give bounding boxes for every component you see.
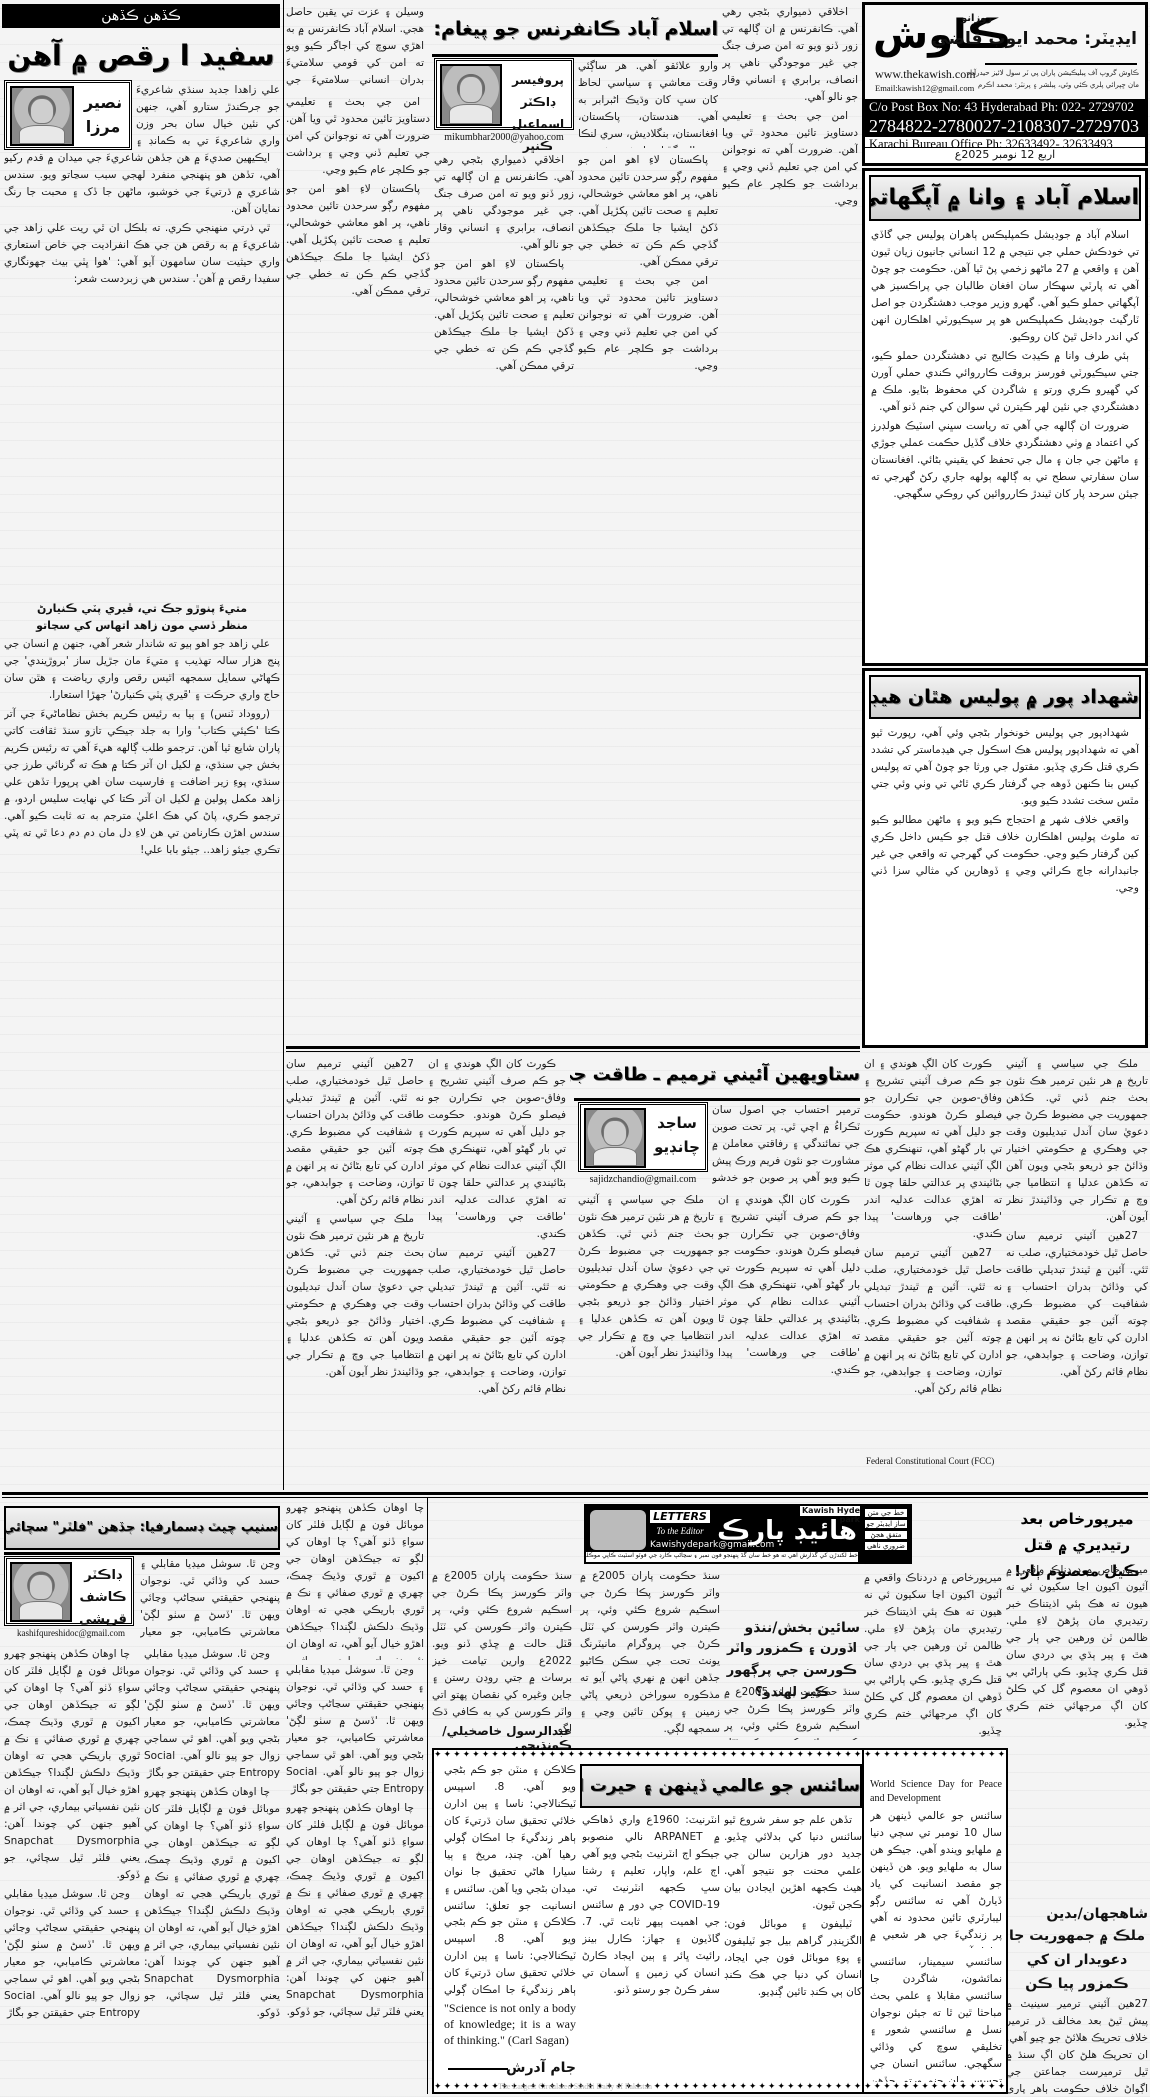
author-card: ڊاڪٽر ڪاشف قريشي	[4, 1556, 134, 1626]
paragraph: ٻئي طرف وانا ۾ ڪيڊٽ ڪاليج تي دهشتگردن حم…	[871, 348, 1139, 416]
editorial-body: اسلام آباد ۾ جوڊيشل ڪمپليڪس ٻاهران پوليس…	[871, 227, 1139, 659]
paragraph: ملڪ جي سياسي ۽ آئيني تاريخ ۾ هر نئين ترم…	[1006, 1056, 1148, 1226]
poem-line: منظر ڏسي مون زاهد اتهاس کي سڃاتو	[4, 617, 280, 634]
side-label: خط جي متن	[864, 1508, 908, 1518]
paragraph: ملڪ جي سياسي ۽ آئيني تاريخ ۾ هر نئين ترم…	[286, 1211, 424, 1381]
paragraph: وڃن ٿا. سوشل ميڊيا مقابلي ۽ حسد کي وڌائي…	[286, 1662, 424, 1798]
paragraph: پاڪستان لاءِ اهو امن جو مفهوم رڳو سرحدن …	[578, 152, 718, 271]
column-divider	[427, 1498, 428, 2094]
side-label: ضروري ناهي	[864, 1541, 908, 1551]
science-intro-box: ✦✦✦✦✦✦✦✦✦✦✦✦✦✦✦✦✦ ✦✦✦✦✦✦✦✦✦✦✦✦✦✦✦✦✦ Worl…	[862, 1748, 1008, 2094]
science-headline: سائنس جو عالمي ڏينهن ۽ حيرت انگيز ايجادو…	[580, 1764, 862, 1808]
masthead: ڪاوش روزانو ايڊيٽر: محمد ايوب قاضي www.t…	[862, 2, 1148, 166]
section-divider	[2, 1492, 1148, 1498]
paragraph: 27هين آئيني ترميم سان حاصل ٿيل خودمختيار…	[1006, 1228, 1148, 1381]
byline-rule	[448, 2068, 508, 2070]
paragraph: اخلاقي ذميواري بڻجي رهي آهي. ڪانفرنس ۾ ا…	[722, 4, 858, 106]
section-divider	[286, 1046, 860, 1052]
paragraph: ايڪيهين صديءَ ۾ هن جڏهن شاعريءَ جي ميدان…	[4, 150, 280, 218]
amendment-body-1: 27هين آئيني ترميم سان حاصل ٿيل خودمختيار…	[286, 1056, 424, 1488]
letters-label: LETTERS	[650, 1510, 710, 1523]
conference-body-middle: اخلاقي ذميواري بڻجي رهي آهي. ڪانفرنس ۾ ا…	[434, 152, 574, 1044]
legal-term: Federal Constitutional Court (FCC)	[866, 1456, 1002, 1466]
filter-headline: سنيپ چيٽ ڊسمارفيا: جڏهن "فلٽر" سچائيءَ ک…	[4, 1506, 280, 1550]
author-card: نصير مرزا	[4, 80, 132, 150]
phones-bar: 2784822-2780027-2108307-2729703	[865, 116, 1145, 136]
letters-notice: خط لکندڙن کي گذارش آهي ته هو خط سان گڏ پ…	[586, 1552, 858, 1562]
science-closing: سائنسي سيمينار، سائنسي نمائشون، شاگردن ج…	[870, 1954, 1002, 2082]
author-photo	[584, 1108, 646, 1168]
author-email[interactable]: mikumbhar2000@yahoo.com	[434, 132, 574, 143]
letter-body: ميرپورخاص ۾ دردناڪ واقعي ۾ آئيون اکيون ا…	[1006, 1562, 1148, 1902]
editor-name: ايڊيٽر: محمد ايوب قاضي	[931, 29, 1137, 49]
paragraph: وڃن ٿا. سوشل ميڊيا مقابلي ۽ حسد کي وڌائي…	[4, 1886, 140, 2022]
column-body-cont: علي زاهد جو اهو ٻيو ته شاندار شعر آهي، ج…	[4, 636, 280, 1491]
filter-body-2: وڃن ٿا. سوشل ميڊيا مقابلي ۽ حسد کي وڌائي…	[144, 1646, 280, 2094]
paragraph: اسلام آباد ۾ جوڊيشل ڪمپليڪس ٻاهران پوليس…	[871, 227, 1139, 346]
paragraph: ٿي ذرتي منهنجي ڪري. ته بلڪل ان ٿي ريت عل…	[4, 220, 280, 288]
science-body: ڪلاڪن ۽ منٽن جو ڪم بڻجي ويو آهي. 8. اسپي…	[444, 1762, 576, 1912]
amendment-body-5: ملڪ جي سياسي ۽ آئيني تاريخ ۾ هر نئين ترم…	[1006, 1056, 1148, 1488]
paragraph: ضرورت ان ڳالهه جي آهي ته رياست سڀني اسٽي…	[871, 418, 1139, 503]
paragraph: امن جي بحث ۽ تعليمي دستاويز تائين محدود …	[722, 108, 858, 210]
mailbox-icon	[590, 1510, 646, 1550]
paragraph: چا اوهان ڪڏهن پنهنجو چهرو موبائل فون ۾ ل…	[144, 1784, 280, 2022]
author-card: پروفيسر ڊاڪٽر اسماعيل ڪنڀر	[434, 58, 574, 130]
author-photo	[10, 1562, 72, 1622]
filter-lead: چا اوهان ڪڏهن پنهنجو چهرو موبائل فون ۾ ل…	[286, 1500, 424, 1660]
conference-headline: اسلام آباد ڪانفرنس جو پيغام: امن، سلامتي…	[428, 8, 718, 50]
amendment-body-3: ملڪ جي سياسي ۽ آئيني تاريخ ۾ هر نئين ترم…	[578, 1192, 714, 1488]
author-card: ساجد چانڊيو	[578, 1102, 708, 1172]
side-label: ساز ايڊيٽر جو	[864, 1519, 908, 1529]
amendment-body-2: ڪورٽ کان الڳ هوندي ۽ ان جو ڪم صرف آئيني …	[428, 1056, 566, 1488]
letter-body: سنڌ حڪومت پاران 2005ع ۾ واٽر ڪورسز پڪا ڪ…	[580, 1568, 720, 1634]
column-kicker: ڪڏهن ڪڏهن	[2, 4, 280, 28]
amendment-lead: ترمير احتساب جي اصول سان ٽڪراءُ ۾ اچي ٿي…	[712, 1102, 860, 1188]
paragraph: پاڪستان لاءِ اهو امن جو مفهوم رڳو سرحدن …	[286, 181, 430, 300]
paragraph: وڃن ٿا. سوشل ميڊيا مقابلي ۽ حسد کي وڌائي…	[144, 1646, 280, 1782]
amendment-body-4: ڪورٽ کان الڳ هوندي ۽ ان جو ڪم صرف آئيني …	[718, 1192, 860, 1488]
paragraph: ڪورٽ کان الڳ هوندي ۽ ان جو ڪم صرف آئيني …	[718, 1192, 860, 1379]
conference-lead: وارو علائقو آهي. هر ساڳئي وقت معاشي ۽ سي…	[578, 58, 718, 148]
headline-rule	[574, 1098, 860, 1101]
letter-body: 27هين آئيني ترمير سينيٽ ۾ پيش ٿيڻ بعد مخ…	[1006, 1996, 1148, 2094]
paragraph: امن جي بحث ۽ تعليمي دستاويز تائين محدود …	[286, 94, 430, 179]
paragraph: 27هين آئيني ترميم سان حاصل ٿيل خودمختيار…	[864, 1245, 1002, 1398]
letter-body: سنڌ حڪومت پاران 2005ع ۾ واٽر ڪورسز پڪا ڪ…	[432, 1568, 572, 1740]
conference-side-text: وسيلن ۽ عزت تي يقين حاصل هجي. اسلام آباد…	[286, 4, 424, 90]
editorial-second-box: شهداد پور ۾ پوليس هٿان هيڊ ماستر جو قتل!…	[862, 668, 1148, 1048]
hyde-park-brand: هائيڊ پارڪ	[714, 1516, 860, 1546]
science-quote: "Science is not only a body of knowledge…	[444, 2000, 576, 2048]
column-headline: سفيد ا رقص ۾ آهن	[2, 34, 280, 78]
paragraph: ڪورٽ کان الڳ هوندي ۽ ان جو ڪم صرف آئيني …	[864, 1056, 1002, 1243]
paragraph: 27هين آئيني ترميم سان حاصل ٿيل خودمختيار…	[286, 1056, 424, 1209]
paragraph: واقعي خلاف شهر ۾ احتجاج ڪيو ويو ۽ ماڻهن …	[871, 812, 1139, 897]
poem: متيءَ پنوڙو جڪ تي، ڦيري پٽي ڪنيارڻ منظر …	[4, 600, 280, 634]
paragraph: تڏهن علم جو سفر شروع ٿيو سائنس دنيا کي ب…	[724, 1812, 862, 1914]
poem-line: متيءَ پنوڙو جڪ تي، ڦيري پٽي ڪنيارڻ	[4, 600, 280, 617]
letter-byline: شاهجهان/بدين	[1006, 1906, 1148, 1922]
hyde-park-brand-en: Kawish Hyde park	[800, 1506, 860, 1516]
author-name: پروفيسر ڊاڪٽر اسماعيل ڪنڀر	[503, 69, 573, 157]
paragraph: ملڪ جي سياسي ۽ آئيني تاريخ ۾ هر نئين ترم…	[578, 1192, 714, 1362]
paragraph: شهدادپور جي پوليس خونخوار بڻجي وئي آهي، …	[871, 725, 1139, 810]
filter-side-lead: وڃن ٿا. سوشل ميڊيا مقابلي ۽ حسد کي وڌائي…	[140, 1556, 280, 1642]
paragraph: علي زاهد جو اهو ٻيو ته شاندار شعر آهي، ج…	[4, 636, 280, 704]
paragraph: ڪورٽ کان الڳ هوندي ۽ ان جو ڪم صرف آئيني …	[428, 1056, 566, 1243]
masthead-divider	[985, 63, 1137, 65]
paragraph: چا اوهان ڪڏهن پنهنجو چهرو موبائل فون ۾ ل…	[4, 1646, 140, 1884]
paragraph: 27هين آئيني ترميم سان حاصل ٿيل خودمختيار…	[428, 1245, 566, 1398]
filter-body-3: وڃن ٿا. سوشل ميڊيا مقابلي ۽ حسد کي وڌائي…	[286, 1662, 424, 2094]
star-border-top: ✦✦✦✦✦✦✦✦✦✦✦✦✦✦✦✦✦	[864, 1750, 1006, 1760]
hyde-park-side-labels: خط جي متن ساز ايڊيٽر جو متفق هجڻ ضروري ن…	[860, 1504, 912, 1564]
letter-byline: سائين بخش/ننڌو	[724, 1620, 860, 1636]
author-photo	[440, 64, 502, 126]
publisher-line: ڪاوش گروپ آف پبليڪيشن پاران پي ٽر سول لا…	[967, 69, 1139, 77]
editorial-second-headline: شهداد پور ۾ پوليس هٿان هيڊ ماستر جو قتل!…	[869, 675, 1141, 719]
letter-body: ڪرڻ جي پروگرام مانيٽرنگ يونٽ تحت جي سڪن …	[580, 1636, 720, 1740]
website-link[interactable]: www.thekawish.com	[875, 67, 976, 82]
paragraph: (رووداد ٽنس) ۽ ٻيا به رئيس ڪريم بخش نظام…	[4, 706, 280, 859]
editorial-headline: اسلام آباد ۽ وانا ۾ آپگهاتي حملا	[869, 175, 1141, 221]
column-divider	[283, 0, 284, 1490]
email-link[interactable]: Email:kawish12@gmail.com	[875, 83, 974, 93]
masthead-top: ڪاوش روزانو ايڊيٽر: محمد ايوب قاضي www.t…	[865, 5, 1145, 99]
letters-sub: To the Editor	[650, 1526, 710, 1536]
science-body: تڏهن علم جو سفر شروع ٿيو سائنس دنيا کي ب…	[724, 1812, 862, 2080]
headline-rule	[4, 1552, 280, 1555]
author-email[interactable]: kashifqureshidoc@gmail.com	[4, 1628, 138, 1638]
paragraph: اخلاقي ذميواري بڻجي رهي آهي. ڪانفرنس ۾ ا…	[434, 152, 574, 254]
letter-body: سنڌ حڪومت پاران 2005ع ۾ واٽر ڪورسز پڪا ڪ…	[724, 1684, 860, 1740]
author-name: ساجد چانڊيو	[647, 1111, 707, 1159]
watermark-tagline: The Largest Circulated Sindhi Daily of P…	[0, 2082, 1150, 2094]
letter-headline: ملڪ ۾ جمهوريت جا دعويدار ان کي ڪمزور پيا…	[1006, 1924, 1148, 1996]
conference-body-left: امن جي بحث ۽ تعليمي دستاويز تائين محدود …	[286, 94, 430, 1044]
column-body: ايڪيهين صديءَ ۾ هن جڏهن شاعريءَ جي ميدان…	[4, 150, 280, 562]
paragraph: امن جي بحث ۽ تعليمي دستاويز تائين محدود …	[578, 273, 718, 375]
amendment-body-6: ڪورٽ کان الڳ هوندي ۽ ان جو ڪم صرف آئيني …	[864, 1056, 1002, 1488]
science-body: انٽرنيٽ: 1960ع واري ڏهاڪي ۾ ARPANET نالي…	[582, 1812, 720, 2080]
author-email[interactable]: sajidzchandio@gmail.com	[578, 1174, 708, 1185]
paragraph: چا اوهان ڪڏهن پنهنجو چهرو موبائل فون ۾ ل…	[286, 1800, 424, 2021]
author-name: ڊاڪٽر ڪاشف قريشي	[73, 1565, 133, 1631]
post-box-bar: C/o Post Box No: 43 Hyderabad Ph: 022- 2…	[865, 99, 1145, 116]
editorial-box: اسلام آباد ۽ وانا ۾ آپگهاتي حملا اسلام آ…	[862, 168, 1148, 666]
issue-date: اربع 12 نومبر 2025ع	[865, 147, 1145, 163]
author-name: نصير مرزا	[75, 91, 131, 139]
conference-body-right: پاڪستان لاءِ اهو امن جو مفهوم رڳو سرحدن …	[578, 152, 718, 1044]
editorial-second-body: شهدادپور جي پوليس خونخوار بڻجي وئي آهي، …	[871, 725, 1139, 1043]
filter-body-1: چا اوهان ڪڏهن پنهنجو چهرو موبائل فون ۾ ل…	[4, 1646, 140, 2094]
letter-body: ميرپورخاص ۾ دردناڪ واقعي ۾ آئيون اکيون ا…	[864, 1570, 1002, 1742]
conference-body-far-right: اخلاقي ذميواري بڻجي رهي آهي. ڪانفرنس ۾ ا…	[722, 4, 858, 1044]
side-label: متفق هجڻ	[864, 1530, 908, 1540]
paragraph: ٽيليفون ۽ موبائل فون: الگزينڊر گراهم بيل…	[724, 1916, 862, 2001]
headline-rule	[432, 54, 718, 57]
science-intro: سائنس جو عالمي ڏينهن هر سال 10 نومبر تي …	[870, 1808, 1002, 1948]
newspaper-page: ڪاوش روزانو ايڊيٽر: محمد ايوب قاضي www.t…	[0, 0, 1150, 2097]
amendment-headline: ستاويهين آئيني ترميم ـ طاقت جي نئين ورها…	[570, 1056, 860, 1094]
author-photo	[10, 86, 74, 146]
publisher-line: مان ڇپرائي پلري ڪئي وئي، پبلشر ۽ پرنٽر: …	[978, 81, 1139, 89]
column-lead: علي زاهدا جديد سنڌي شاعريءَ جو جرڪندڙ ست…	[136, 82, 280, 148]
logo-prefix: روزانو	[961, 13, 992, 24]
science-intro-en: World Science Day for Peace and Developm…	[870, 1778, 1002, 1806]
science-body: ڪلاڪن ۽ منٽن جو ڪم بڻجي ويو آهي. 8. اسپي…	[444, 1914, 576, 2000]
paragraph: پاڪستان لاءِ اهو امن جو مفهوم رڳو سرحدن …	[434, 256, 574, 375]
